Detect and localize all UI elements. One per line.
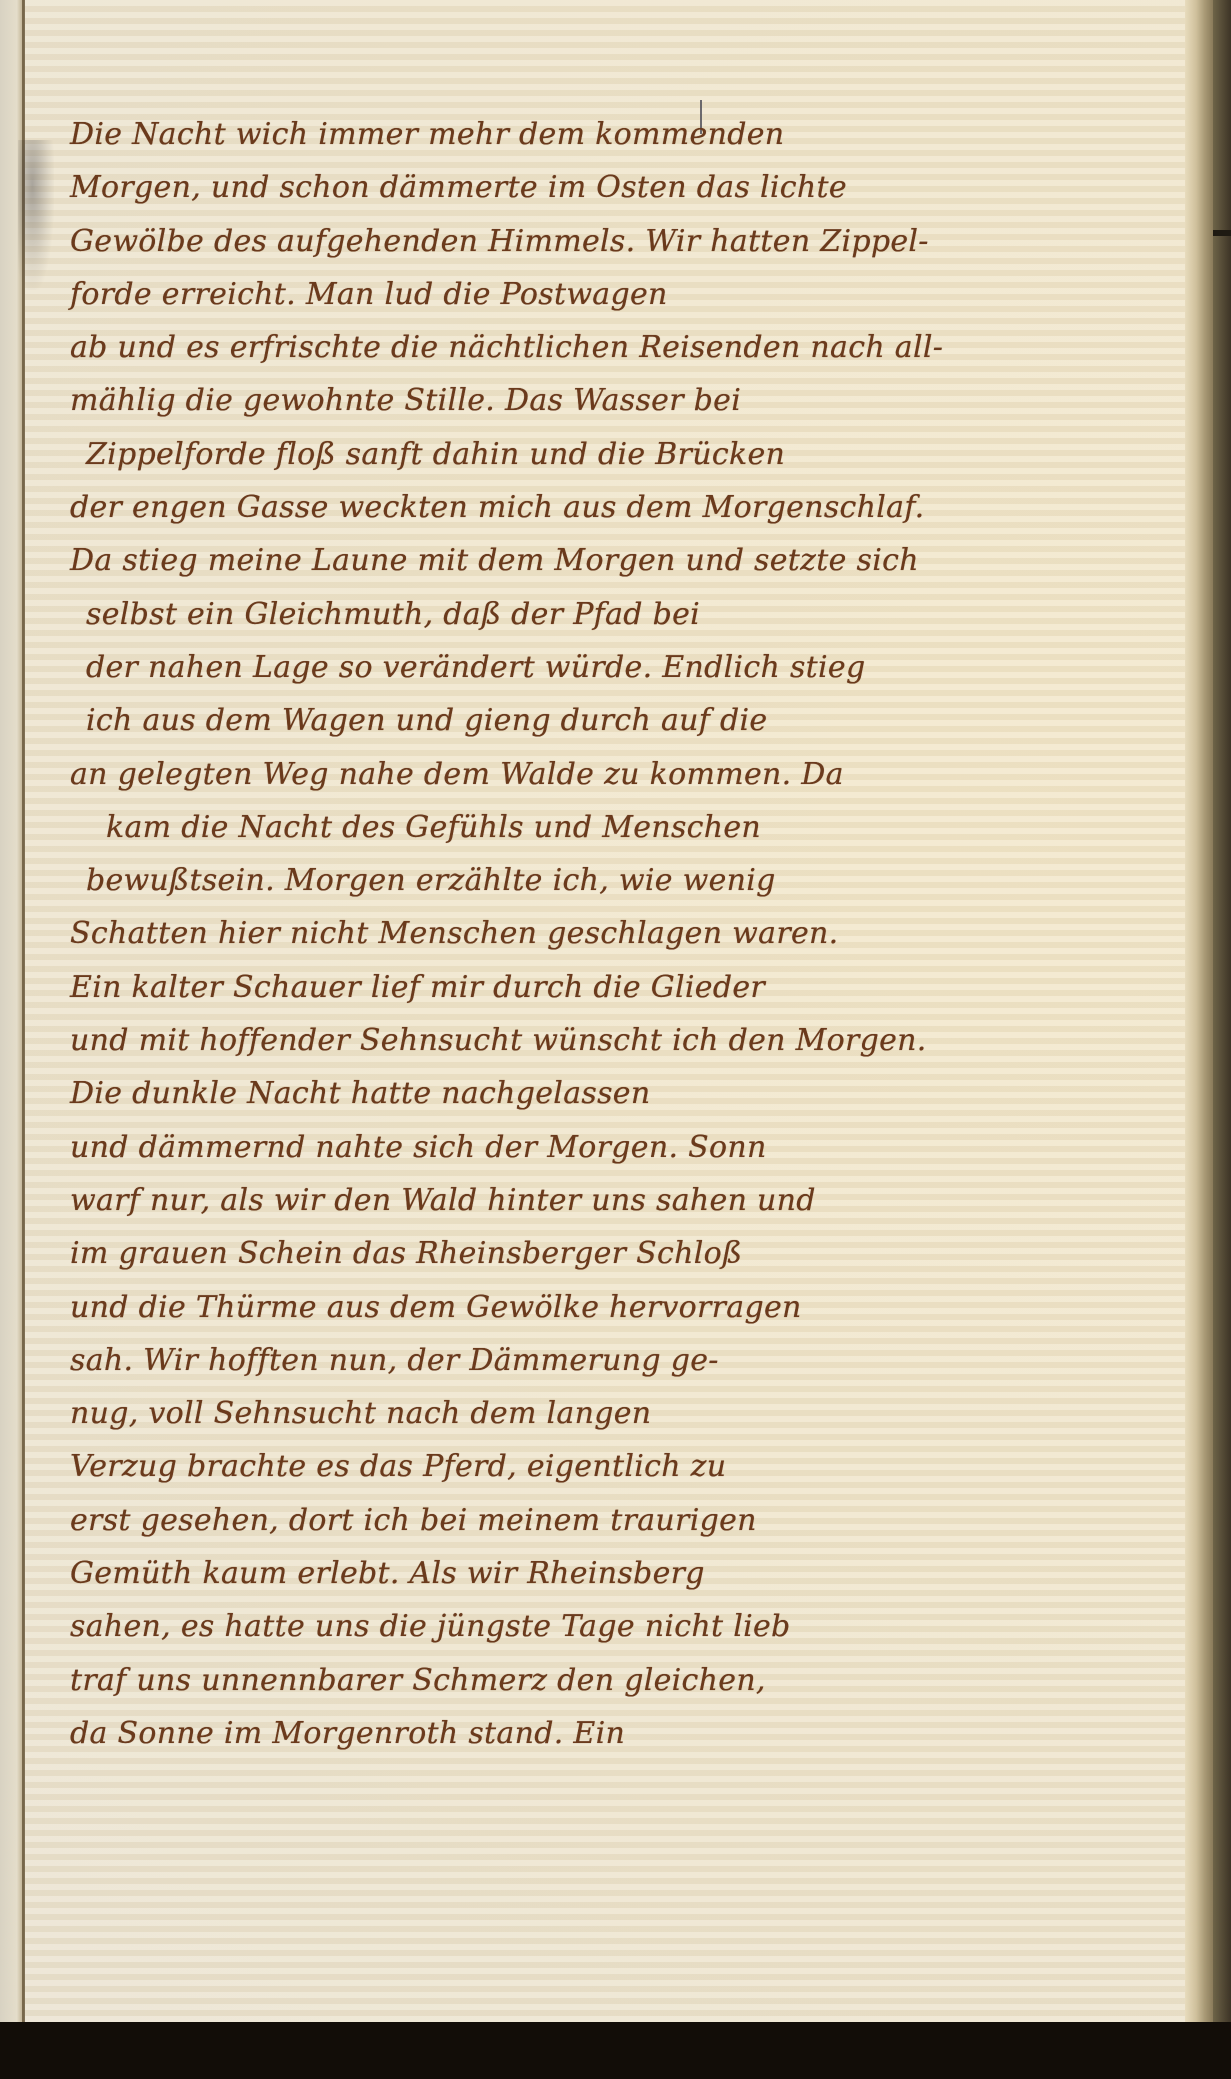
text-line: kam die Nacht des Gefühls und Menschen — [70, 801, 870, 854]
text-line: traf uns unnennbarer Schmerz den gleiche… — [70, 1654, 870, 1707]
text-line: Da stieg meine Laune mit dem Morgen und … — [70, 534, 870, 587]
text-line: Gewölbe des aufgehenden Himmels. Wir hat… — [70, 215, 870, 268]
text-line: an gelegten Weg nahe dem Walde zu kommen… — [70, 748, 870, 801]
text-line: Schatten hier nicht Menschen geschlagen … — [70, 907, 870, 960]
text-line: bewußtsein. Morgen erzählte ich, wie wen… — [70, 854, 870, 907]
left-gutter — [0, 0, 24, 2030]
text-line: und dämmernd nahte sich der Morgen. Sonn — [70, 1121, 870, 1174]
text-line: forde erreicht. Man lud die Postwagen — [70, 268, 870, 321]
edge-notch — [1213, 230, 1231, 236]
text-line: Morgen, und schon dämmerte im Osten das … — [70, 161, 870, 214]
manuscript-scan: Die Nacht wich immer mehr dem kommenden … — [0, 0, 1231, 2030]
text-line: Ein kalter Schauer lief mir durch die Gl… — [70, 961, 870, 1014]
text-line: nug, voll Sehnsucht nach dem langen — [70, 1387, 870, 1440]
text-line: Die dunkle Nacht hatte nachgelassen — [70, 1067, 870, 1120]
text-line: da Sonne im Morgenroth stand. Ein — [70, 1707, 870, 1760]
text-line: der engen Gasse weckten mich aus dem Mor… — [70, 481, 870, 534]
text-line: Zippelforde floß sanft dahin und die Brü… — [70, 428, 870, 481]
text-line: mählig die gewohnte Stille. Das Wasser b… — [70, 374, 870, 427]
text-line: selbst ein Gleichmuth, daß der Pfad bei — [70, 588, 870, 641]
text-line: erst gesehen, dort ich bei meinem trauri… — [70, 1494, 870, 1547]
text-line: und die Thürme aus dem Gewölke hervorrag… — [70, 1281, 870, 1334]
text-line: sah. Wir hofften nun, der Dämmerung ge- — [70, 1334, 870, 1387]
text-line: sahen, es hatte uns die jüngste Tage nic… — [70, 1600, 870, 1653]
text-line: warf nur, als wir den Wald hinter uns sa… — [70, 1174, 870, 1227]
book-edge-shadow — [1213, 0, 1231, 2030]
ink-smudge — [18, 140, 54, 290]
page-fore-edge — [1185, 0, 1213, 2030]
text-line: Gemüth kaum erlebt. Als wir Rheinsberg — [70, 1547, 870, 1600]
text-line: ich aus dem Wagen und gieng durch auf di… — [70, 694, 870, 747]
text-line: im grauen Schein das Rheinsberger Schloß — [70, 1227, 870, 1280]
handwritten-text: Die Nacht wich immer mehr dem kommenden … — [70, 108, 870, 1760]
scan-bottom-shadow — [0, 2022, 1231, 2079]
text-line: ab und es erfrischte die nächtlichen Rei… — [70, 321, 870, 374]
text-line: und mit hoffender Sehnsucht wünscht ich … — [70, 1014, 870, 1067]
text-line: der nahen Lage so verändert würde. Endli… — [70, 641, 870, 694]
text-line: Die Nacht wich immer mehr dem kommenden — [70, 108, 870, 161]
text-line: Verzug brachte es das Pferd, eigentlich … — [70, 1440, 870, 1493]
